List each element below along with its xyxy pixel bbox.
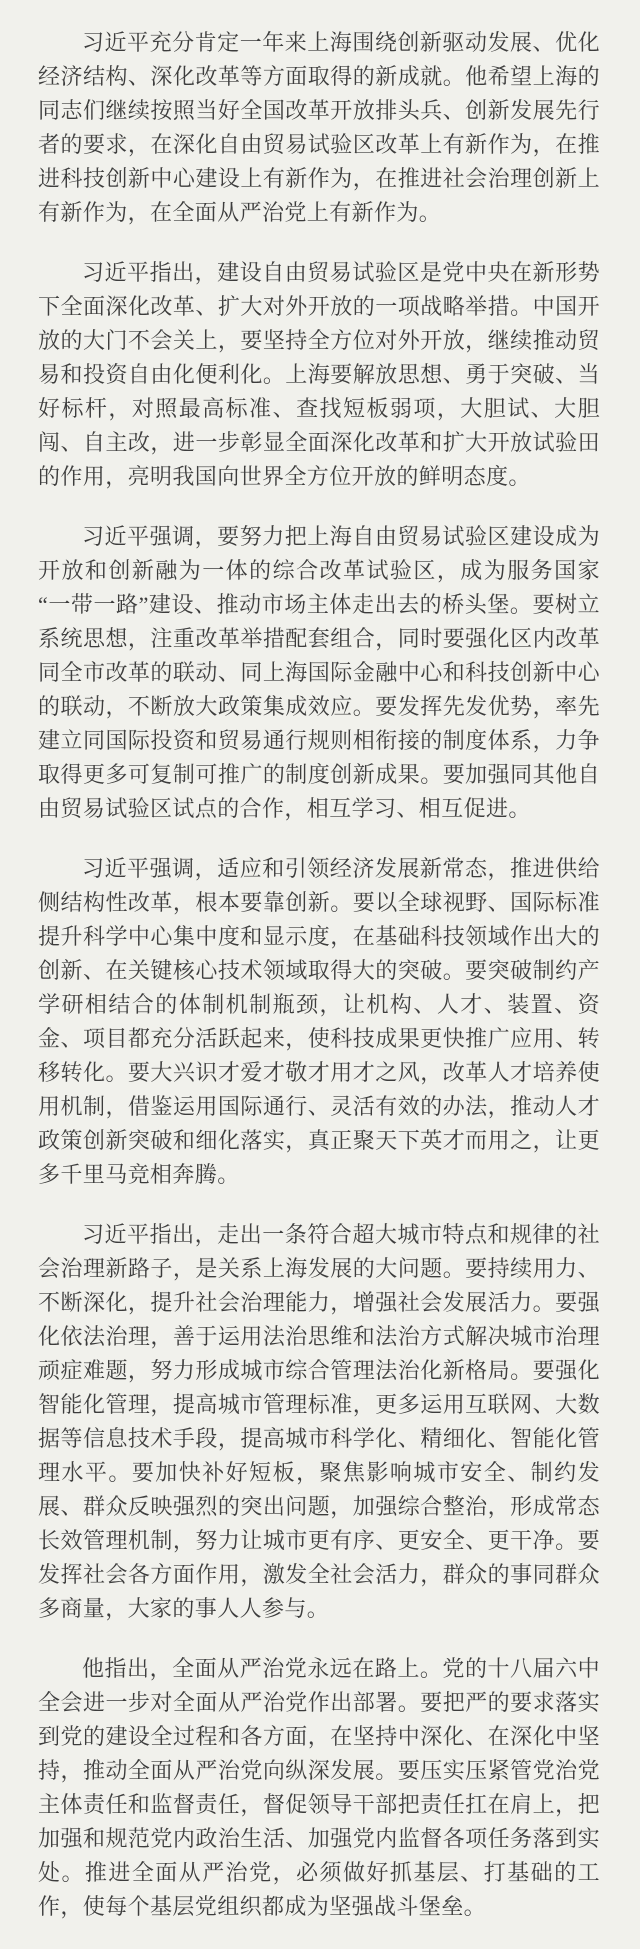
article-body: 习近平充分肯定一年来上海围绕创新驱动发展、优化经济结构、深化改革等方面取得的新成… — [38, 26, 600, 1924]
paragraph-6: 他指出，全面从严治党永远在路上。党的十八届六中全会进一步对全面从严治党作出部署。… — [38, 1652, 600, 1924]
paragraph-1: 习近平充分肯定一年来上海围绕创新驱动发展、优化经济结构、深化改革等方面取得的新成… — [38, 26, 600, 230]
paragraph-3: 习近平强调，要努力把上海自由贸易试验区建设成为开放和创新融为一体的综合改革试验区… — [38, 520, 600, 826]
document-page: 习近平充分肯定一年来上海围绕创新驱动发展、优化经济结构、深化改革等方面取得的新成… — [0, 0, 640, 1949]
paragraph-2: 习近平指出，建设自由贸易试验区是党中央在新形势下全面深化改革、扩大对外开放的一项… — [38, 256, 600, 494]
paragraph-4: 习近平强调，适应和引领经济发展新常态，推进供给侧结构性改革，根本要靠创新。要以全… — [38, 852, 600, 1192]
paragraph-5: 习近平指出，走出一条符合超大城市特点和规律的社会治理新路子，是关系上海发展的大问… — [38, 1218, 600, 1626]
